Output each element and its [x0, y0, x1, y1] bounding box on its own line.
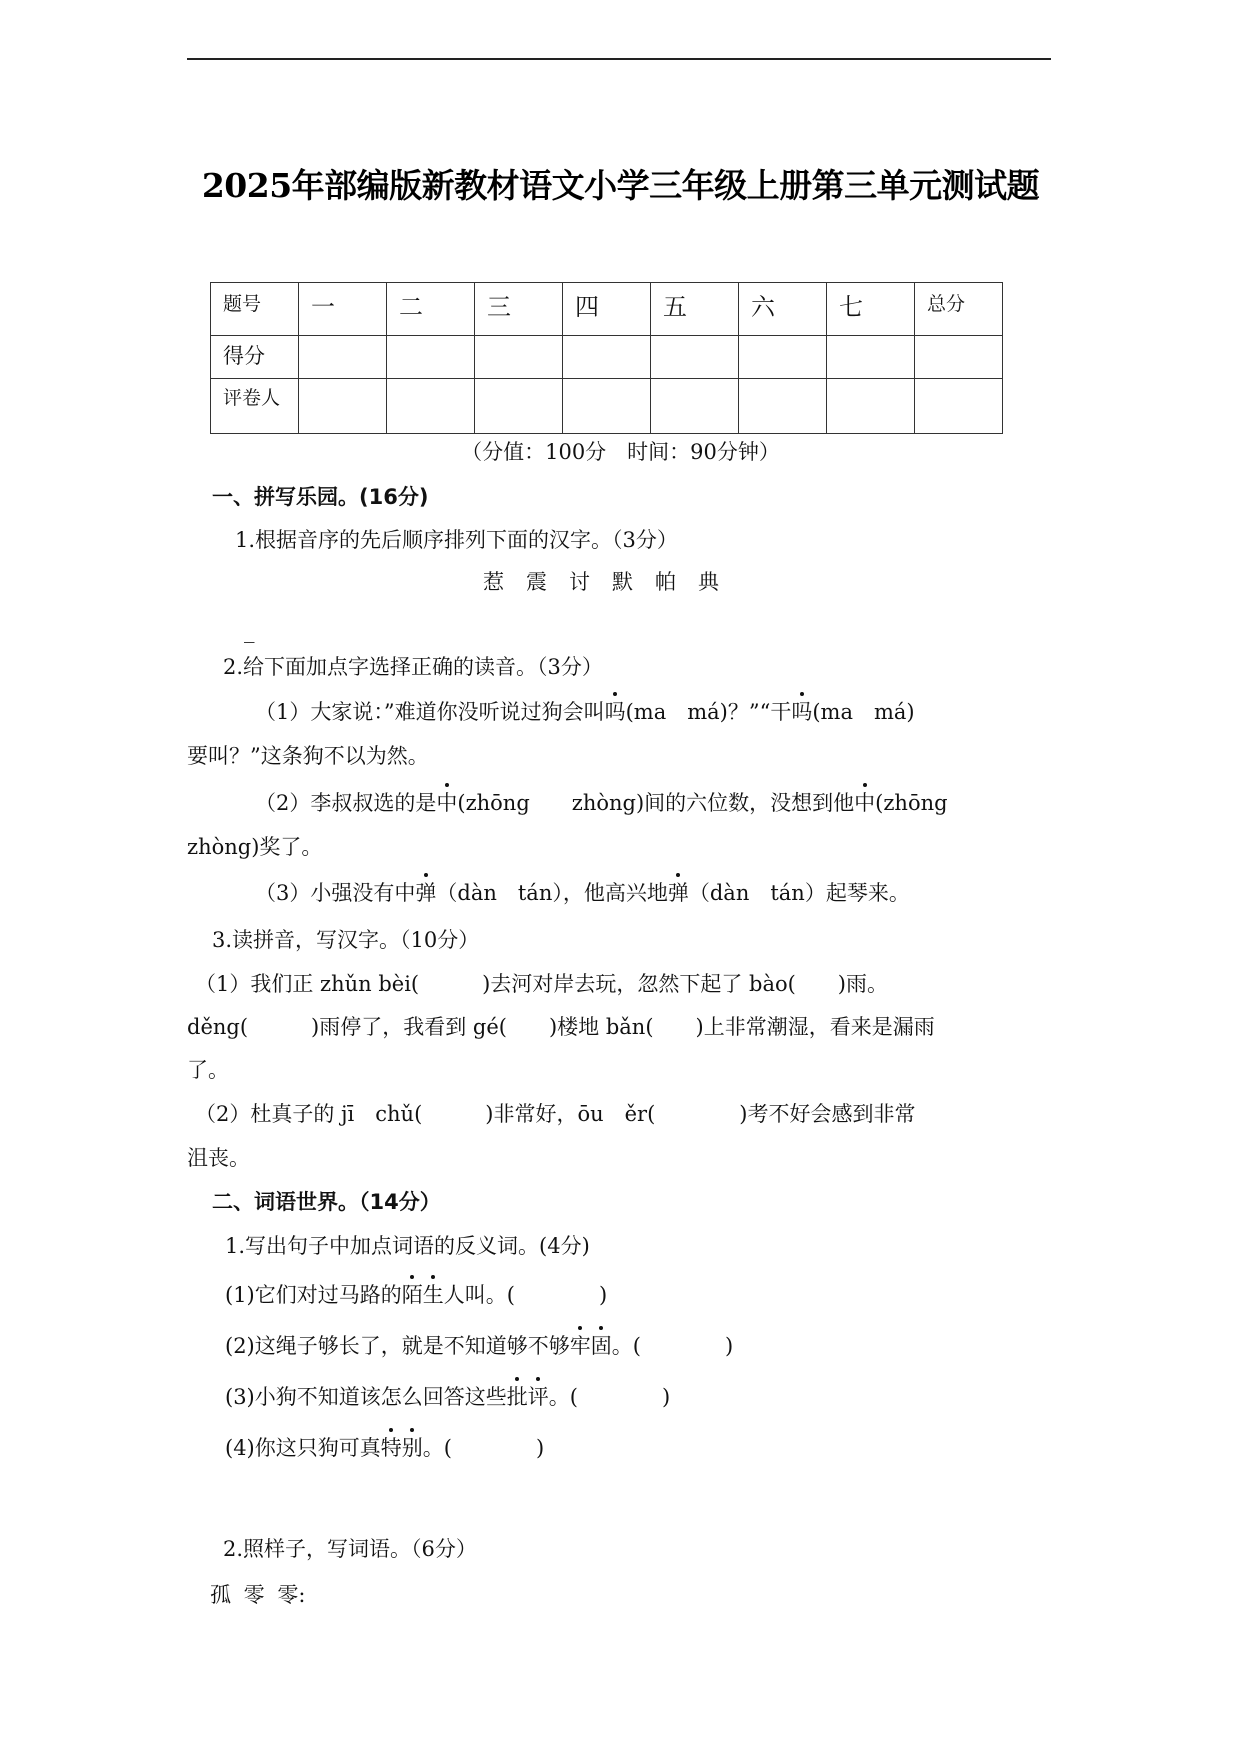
question-1-3-item-2-line-2: 沮丧。 [187, 1143, 250, 1173]
text: 人叫。( ) [444, 1283, 607, 1307]
question-1-3-item-1-line-3: 了。 [187, 1055, 229, 1085]
text: （3）小强没有中 [255, 881, 415, 905]
text: (2)这绳子够长了，就是不知道够不够 [225, 1334, 570, 1358]
grader-cell[interactable] [827, 379, 915, 434]
question-1-2-item-2: （2）李叔叔选的是中(zhōng zhòng)间的六位数，没想到他中(zhōng [255, 788, 948, 818]
text: 。( ) [423, 1436, 544, 1460]
dotted-word: 特别 [381, 1436, 423, 1460]
grader-cell[interactable] [651, 379, 739, 434]
question-2-1-item-3: (3)小狗不知道该怎么回答这些批评。( ) [225, 1382, 670, 1412]
dotted-word: 牢固 [570, 1334, 612, 1358]
character: 讨 [569, 567, 590, 597]
score-table-col-1: 一 [299, 283, 387, 336]
page-title: 2025年部编版新教材语文小学三年级上册第三单元测试题 [0, 160, 1241, 207]
dotted-char: 吗 [605, 697, 626, 727]
dotted-char: 特 [381, 1433, 402, 1463]
dotted-char: 中 [854, 788, 875, 818]
question-2-1-item-1: (1)它们对过马路的陌生人叫。( ) [225, 1280, 607, 1310]
dotted-char: 陌 [402, 1280, 423, 1310]
score-cell[interactable] [299, 336, 387, 379]
question-2-1-item-2: (2)这绳子够长了，就是不知道够不够牢固。( ) [225, 1331, 733, 1361]
score-table-header-label: 题号 [211, 283, 299, 336]
score-cell[interactable] [475, 336, 563, 379]
text: (ma má)？”“干 [626, 700, 792, 724]
character: 惹 [483, 567, 504, 597]
grader-cell[interactable] [563, 379, 651, 434]
grader-cell[interactable] [739, 379, 827, 434]
question-1-2-item-3: （3）小强没有中弹（dàn tán），他高兴地弹（dàn tán）起琴来。 [255, 878, 910, 908]
dotted-char: 弹 [415, 878, 436, 908]
text: （2）李叔叔选的是 [255, 791, 436, 815]
dotted-char: 评 [528, 1382, 549, 1412]
question-1-2-item-1-cont: 要叫？”这条狗不以为然。 [187, 741, 429, 771]
text: (1)它们对过马路的 [225, 1283, 402, 1307]
dotted-char: 吗 [791, 697, 812, 727]
dotted-char: 牢 [570, 1331, 591, 1361]
character: 震 [526, 567, 547, 597]
score-row-label: 得分 [211, 336, 299, 379]
dotted-word: 陌生 [402, 1283, 444, 1307]
question-1-3-item-2-line-1: （2）杜真子的 jī chǔ( )非常好，ōu ěr( )考不好会感到非常 [195, 1099, 915, 1129]
text: (3)小狗不知道该怎么回答这些 [225, 1385, 507, 1409]
question-1-2-item-2-cont: zhòng)奖了。 [187, 832, 322, 862]
character-list: 惹震讨默帕典 [483, 567, 741, 597]
score-table-col-6: 六 [739, 283, 827, 336]
score-table-col-3: 三 [475, 283, 563, 336]
text: 。( ) [612, 1334, 733, 1358]
text: (zhōng zhòng)间的六位数，没想到他 [457, 791, 854, 815]
score-cell[interactable] [739, 336, 827, 379]
text: (zhōng [875, 791, 947, 815]
score-cell[interactable] [651, 336, 739, 379]
answer-blank[interactable]: _ [244, 616, 255, 646]
grader-row-label: 评卷人 [211, 379, 299, 434]
question-2-1-item-4: (4)你这只狗可真特别。( ) [225, 1433, 544, 1463]
question-2-1-prompt: 1.写出句子中加点词语的反义词。(4分) [225, 1231, 590, 1261]
question-2-2-prompt: 2.照样子，写词语。（6分） [223, 1534, 477, 1564]
grader-cell[interactable] [299, 379, 387, 434]
score-cell[interactable] [563, 336, 651, 379]
question-1-2-item-1: （1）大家说：”难道你没听说过狗会叫吗(ma má)？”“干吗(ma má) [255, 697, 915, 727]
question-1-3-prompt: 3.读拼音，写汉字。（10分） [212, 925, 479, 955]
score-cell[interactable] [915, 336, 1003, 379]
score-cell[interactable] [827, 336, 915, 379]
score-table-col-7: 七 [827, 283, 915, 336]
dotted-char: 别 [402, 1433, 423, 1463]
question-1-2-prompt: 2.给下面加点字选择正确的读音。（3分） [223, 652, 603, 682]
dotted-char: 批 [507, 1382, 528, 1412]
score-table-col-total: 总分 [915, 283, 1003, 336]
section-heading-1: 一、拼写乐园。(16分) [212, 482, 428, 512]
character: 典 [698, 567, 719, 597]
character: 帕 [655, 567, 676, 597]
text: （dàn tán），他高兴地 [436, 881, 667, 905]
exam-meta: （分值：100分 时间：90分钟） [0, 437, 1241, 467]
header-rule [187, 58, 1051, 60]
character: 默 [612, 567, 633, 597]
question-1-3-item-1-line-2: děng( )雨停了，我看到 gé( )楼地 bǎn( )上非常潮湿，看来是漏雨 [187, 1012, 935, 1042]
dotted-char: 弹 [668, 878, 689, 908]
score-table-col-4: 四 [563, 283, 651, 336]
score-table-col-2: 二 [387, 283, 475, 336]
score-table: 题号 一 二 三 四 五 六 七 总分 得分 评卷人 [210, 282, 1003, 434]
text: (4)你这只狗可真 [225, 1436, 381, 1460]
question-1-3-item-1-line-1: （1）我们正 zhǔn bèi( )去河对岸去玩，忽然下起了 bào( )雨。 [195, 969, 888, 999]
dotted-char: 固 [591, 1331, 612, 1361]
score-table-col-5: 五 [651, 283, 739, 336]
text: （1）大家说：”难道你没听说过狗会叫 [255, 700, 605, 724]
dotted-char: 生 [423, 1280, 444, 1310]
grader-cell[interactable] [387, 379, 475, 434]
score-cell[interactable] [387, 336, 475, 379]
dotted-word: 批评 [507, 1385, 549, 1409]
grader-cell[interactable] [475, 379, 563, 434]
text: （dàn tán）起琴来。 [689, 881, 910, 905]
text: 。( ) [549, 1385, 670, 1409]
question-2-2-example: 孤 零 零: [210, 1580, 305, 1610]
question-1-1-prompt: 1.根据音序的先后顺序排列下面的汉字。（3分） [235, 525, 678, 555]
grader-cell[interactable] [915, 379, 1003, 434]
dotted-char: 中 [436, 788, 457, 818]
text: (ma má) [812, 700, 914, 724]
section-heading-2: 二、词语世界。（14分） [212, 1187, 441, 1217]
